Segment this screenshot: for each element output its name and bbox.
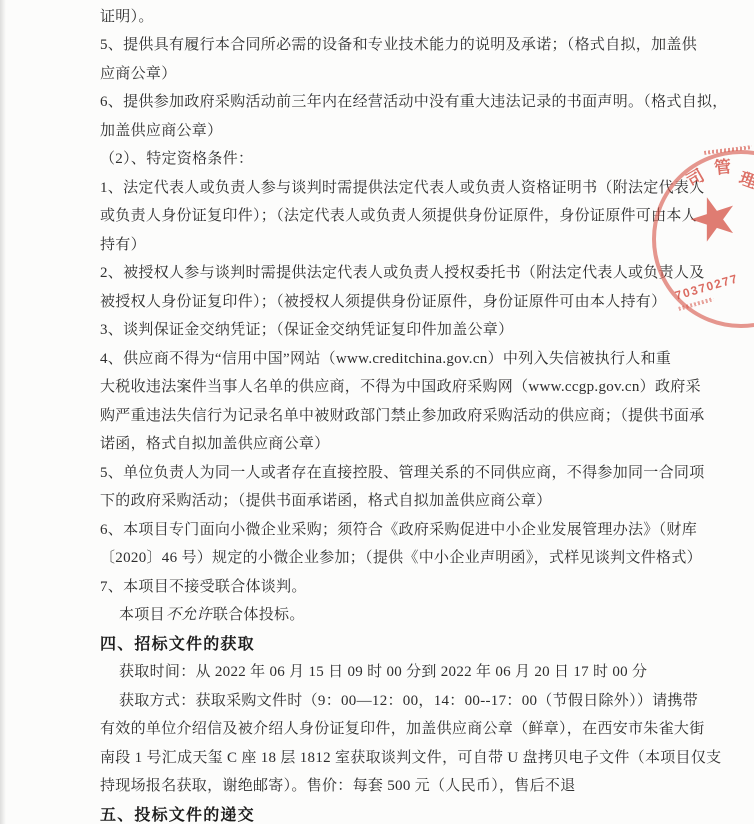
text-line: 下的政府采购活动；（提供书面承诺函，格式自拟加盖供应商公章）: [100, 486, 675, 515]
text-line: 3、谈判保证金交纳凭证；（保证金交纳凭证复印件加盖公章）: [100, 315, 675, 344]
no-joint-bid-suffix: 联合体投标。: [213, 603, 305, 624]
seal-arc-character: 管: [713, 152, 733, 179]
text-line: 〔2020〕46 号）规定的小微企业参加；（提供《中小企业声明函》，式样见谈判文…: [100, 543, 675, 572]
text-line: 南段 1 号汇成天玺 C 座 18 层 1812 室获取谈判文件，可自带 U 盘…: [100, 742, 675, 771]
text-line: 或负责人身份证复印件）；（法定代表人或负责人须提供身份证原件，身份证原件可由本人: [100, 201, 675, 230]
text-line: 持有）: [100, 229, 675, 258]
text-line: 7、本项目不接受联合体谈判。: [100, 571, 675, 600]
text-line: 5、提供具有履行本合同所必需的设备和专业技术能力的说明及承诺；（格式自拟，加盖供: [100, 30, 675, 59]
text-line: 大税收违法案件当事人名单的供应商，不得为中国政府采购网（www.ccgp.gov…: [100, 372, 675, 401]
text-line: 获取方式：获取采购文件时（9：00—12：00，14：00--17：00（节假日…: [100, 685, 675, 714]
text-line: 证明）。: [100, 1, 675, 30]
no-joint-bid-prefix: 本项目: [119, 603, 165, 624]
text-line: 被授权人身份证复印件）；（被授权人须提供身份证原件，身份证原件可由本人持有）: [100, 286, 675, 315]
no-joint-bid-emphasis: 不允许: [165, 603, 213, 624]
document-page: 证明）。 5、提供具有履行本合同所必需的设备和专业技术能力的说明及承诺；（格式自…: [0, 0, 754, 824]
seal-microtext-top: [704, 145, 752, 155]
scan-edge-shadow: [0, 0, 6, 824]
text-line: 5、单位负责人为同一人或者存在直接控股、管理关系的不同供应商，不得参加同一合同项: [100, 457, 675, 486]
text-line: （2）、特定资格条件：: [100, 144, 675, 173]
text-line: 持现场报名获取，谢绝邮寄）。售价：每套 500 元（人民币），售后不退: [100, 771, 675, 800]
text-line: 6、本项目专门面向小微企业采购；须符合《政府采购促进中小企业发展管理办法》（财库: [100, 514, 675, 543]
text-line: 诺函，格式自拟加盖供应商公章）: [100, 429, 675, 458]
text-line: 获取时间：从 2022 年 06 月 15 日 09 时 00 分到 2022 …: [100, 657, 675, 686]
section-heading-document-acquisition: 四、招标文件的获取: [100, 628, 675, 657]
text-line-no-joint-bid: 本项目不允许联合体投标。: [100, 600, 675, 629]
text-line: 购严重违法失信行为记录名单中被财政部门禁止参加政府采购活动的供应商；（提供书面承: [100, 400, 675, 429]
text-line: 应商公章）: [100, 58, 675, 87]
text-line: 6、提供参加政府采购活动前三年内在经营活动中没有重大违法记录的书面声明。（格式自…: [100, 87, 675, 116]
seal-arc-character: 理: [736, 164, 754, 193]
text-line: 1、法定代表人或负责人参与谈判时需提供法定代表人或负责人资格证明书（附法定代表人: [100, 172, 675, 201]
text-line: 2、被授权人参与谈判时需提供法定代表人或负责人授权委托书（附法定代表人或负责人及: [100, 258, 675, 287]
text-line: 加盖供应商公章）: [100, 115, 675, 144]
section-heading-bid-submission: 五、投标文件的递交: [100, 799, 675, 824]
text-line: 4、供应商不得为“信用中国”网站（www.creditchina.gov.cn）…: [100, 343, 675, 372]
text-line: 有效的单位介绍信及被介绍人身份证复印件，加盖供应商公章（鲜章），在西安市朱雀大街: [100, 714, 675, 743]
document-text-block: 证明）。 5、提供具有履行本合同所必需的设备和专业技术能力的说明及承诺；（格式自…: [100, 1, 675, 824]
seal-microtext-bottom: [678, 297, 714, 311]
